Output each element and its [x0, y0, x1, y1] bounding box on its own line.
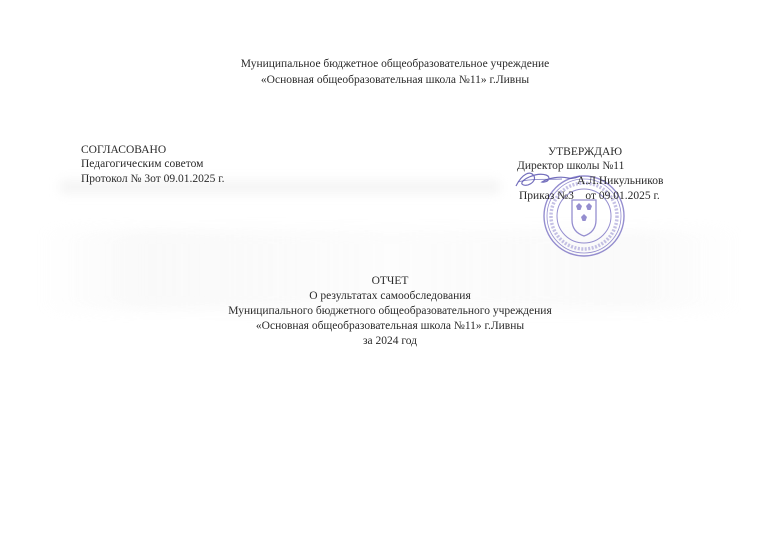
report-subtitle: О результатах самообследования: [0, 289, 768, 303]
approved-title: УТВЕРЖДАЮ: [548, 145, 622, 159]
agreed-title: СОГЛАСОВАНО: [81, 143, 166, 157]
agreed-protocol: Протокол № 3от 09.01.2025 г.: [81, 172, 225, 186]
institution-name-line2: «Основная общеобразовательная школа №11»…: [0, 73, 768, 87]
document-page: Муниципальное бюджетное общеобразователь…: [0, 0, 768, 543]
report-institution-line1: Муниципального бюджетного общеобразовате…: [0, 304, 768, 318]
approver-name: А.Л.Никульников: [577, 174, 663, 188]
institution-name-line1: Муниципальное бюджетное общеобразователь…: [0, 57, 768, 71]
report-institution-line2: «Основная общеобразовательная школа №11»…: [0, 319, 768, 333]
approver-position: Директор школы №11: [517, 159, 624, 173]
approval-order: Приказ №3 от 09.01.2025 г.: [519, 189, 660, 203]
report-title: ОТЧЕТ: [0, 274, 768, 288]
agreed-by-council: Педагогическим советом: [81, 157, 203, 171]
report-year: за 2024 год: [0, 334, 768, 348]
